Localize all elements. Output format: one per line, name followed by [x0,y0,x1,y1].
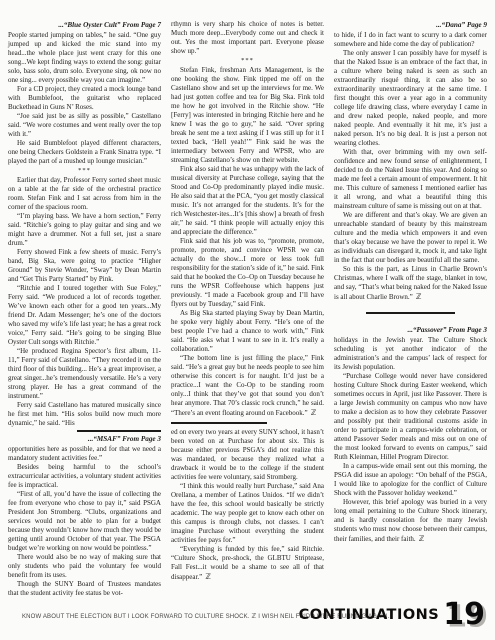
footer-dingbat-icon: ℤ [250,612,259,620]
column-2: rthymn is very sharp his choice of notes… [171,20,324,582]
paragraph: Though the SUNY Board of Trustees mandat… [8,580,161,598]
paragraph: However, this brief apology was buried i… [334,498,487,544]
paragraph: Fink said that his job was to, “promote,… [171,237,324,309]
article-divider-rule [171,422,267,424]
column-1: ...“Blue Oyster Cult” From Page 7 People… [8,20,161,598]
column-3: ...“Dana” Page 9 to hide, if I do in fac… [334,20,487,544]
paragraph: “Everything is funded by this fee,” said… [171,545,324,582]
end-of-article-dingbat-icon: ℤ [416,534,425,543]
paragraph: Stefan Fink, freshman Arts Management, i… [171,66,324,165]
paragraph-text: “The bottom line is just filling the pla… [171,354,324,417]
paragraph-text: However, this brief apology was buried i… [334,498,487,543]
section-break-stars: *** [8,166,161,176]
paragraph: rthymn is very sharp his choice of notes… [171,20,324,56]
paragraph: to hide, if I do in fact want to scurry … [334,31,487,49]
jump-header-dana: ...“Dana” Page 9 [334,20,487,30]
jump-header-passover: ...“Passover” From Page 3 [334,325,487,335]
paragraph: holidays in the Jewish year. The Culture… [334,336,487,372]
paragraph: Fink also said that he was unhappy with … [171,165,324,237]
paragraph: “He produced Regina Spector’s first albu… [8,347,161,401]
paragraph: In a campus-wide email sent out this mor… [334,462,487,498]
paragraph: As Big Ska started playing Sway by Dean … [171,309,324,354]
paragraph: “Joe said just be as silly as possible,”… [8,112,161,139]
paragraph: “The bottom line is just filling the pla… [171,354,324,418]
page-tag: CONTINUATIONS 19 [299,600,485,630]
article-divider-rule [77,430,161,432]
paragraph: “I’m playing bass. We have a horn sectio… [8,212,161,248]
page-number: 19 [443,600,485,630]
paragraph: People started jumping on tables,” he sa… [8,31,161,85]
paragraph: “I think this would really hurt Purchase… [171,482,324,545]
paragraph: The only answer I can possibly have for … [334,49,487,148]
paragraph: We are different and that’s okay. We are… [334,211,487,265]
paragraph: opportunities here as possible, and for … [8,445,161,463]
paragraph: “Purchase College would never have consi… [334,372,487,462]
end-of-article-dingbat-icon: ℤ [202,572,211,581]
paragraph: He said Bumblefoot played different char… [8,139,161,166]
paragraph: There would also be no way of making sur… [8,553,161,580]
section-break-stars: *** [171,56,324,66]
paragraph: With that, over brimming with my own sel… [334,148,487,211]
paragraph: “First of all, you’d have the issue of c… [8,490,161,553]
paragraph: Earlier that day, Professor Ferry sorted… [8,176,161,212]
article-divider-rule [366,312,455,314]
paragraph-text: So this is the part, as Linus in Charlie… [334,265,487,301]
end-of-article-dingbat-icon: ℤ [308,408,317,417]
paragraph-text: “Everything is funded by this fee,” said… [171,545,324,581]
paragraph: Ferry showed Fink a few sheets of music.… [8,248,161,284]
section-title: CONTINUATIONS [299,607,440,623]
paragraph: “Ritchie and I toured together with Sue … [8,284,161,347]
paragraph: Ferry said Castellano has matured musica… [8,401,161,428]
jump-header-blue-oyster-cult: ...“Blue Oyster Cult” From Page 7 [8,20,161,30]
paragraph: ed on every two years at every SUNY scho… [171,428,324,482]
jump-header-msaf: ...“MSAF” From Page 3 [8,434,161,444]
paragraph: So this is the part, as Linus in Charlie… [334,265,487,302]
paragraph: For a CD project, they created a mock lo… [8,85,161,112]
footer-quote-a: KNOW ABOUT THE ELECTION BUT I LOOK FORWA… [22,613,250,620]
footer-quote-line: KNOW ABOUT THE ELECTION BUT I LOOK FORWA… [22,612,320,620]
paragraph: Besides being harmful to the school’s ex… [8,463,161,490]
end-of-article-dingbat-icon: ℤ [413,292,422,301]
